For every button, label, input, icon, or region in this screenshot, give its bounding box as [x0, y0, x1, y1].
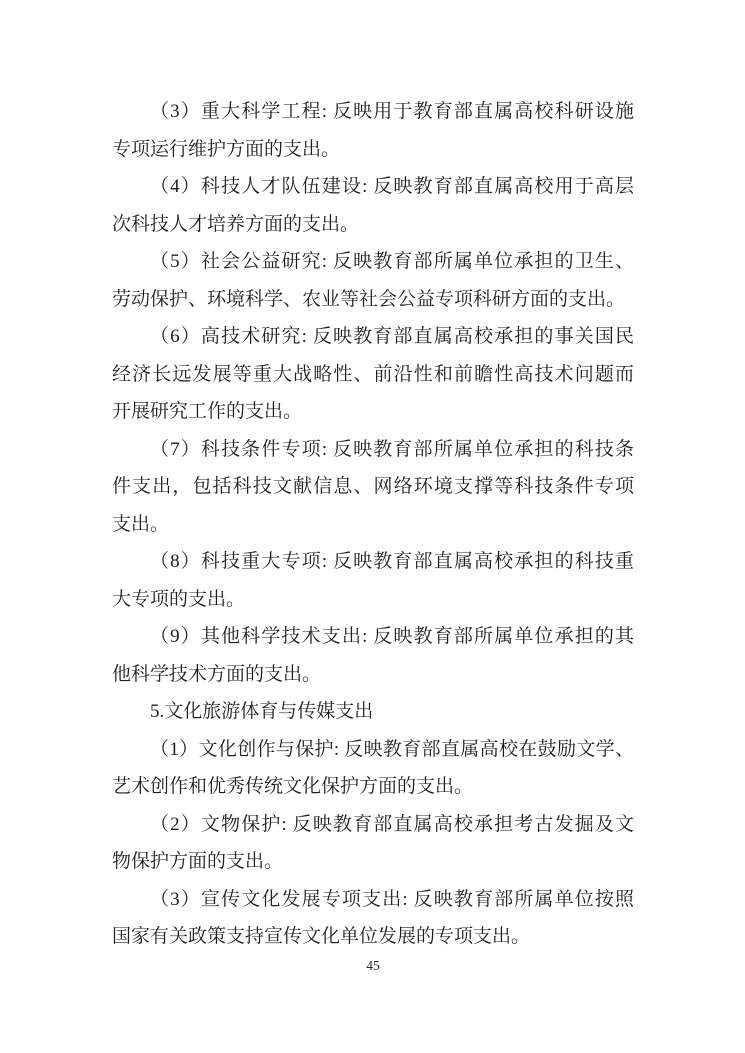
- text-line: 物保护方面的支出。: [112, 843, 634, 881]
- text-line: 劳动保护、环境科学、农业等社会公益专项科研方面的支出。: [112, 281, 634, 319]
- paragraph: （1）文化创作与保护: 反映教育部直属高校在鼓励文学、艺术创作和优秀传统文化保护…: [112, 731, 634, 806]
- text-line: 5.文化旅游体育与传媒支出: [112, 693, 634, 731]
- paragraph: （7）科技条件专项: 反映教育部所属单位承担的科技条件支出，包括科技文献信息、网…: [112, 431, 634, 544]
- text-line: 经济长远发展等重大战略性、前沿性和前瞻性高技术问题而: [112, 356, 634, 394]
- paragraph: （6）高技术研究: 反映教育部直属高校承担的事关国民经济长远发展等重大战略性、前…: [112, 318, 634, 431]
- text-line: （8）科技重大专项: 反映教育部直属高校承担的科技重: [112, 543, 634, 581]
- text-line: （9）其他科学技术支出: 反映教育部所属单位承担的其: [112, 618, 634, 656]
- paragraph: 5.文化旅游体育与传媒支出: [112, 693, 634, 731]
- text-line: 开展研究工作的支出。: [112, 393, 634, 431]
- text-line: （4）科技人才队伍建设: 反映教育部直属高校用于高层: [112, 168, 634, 206]
- text-line: 件支出，包括科技文献信息、网络环境支撑等科技条件专项: [112, 468, 634, 506]
- text-line: 艺术创作和优秀传统文化保护方面的支出。: [112, 768, 634, 806]
- text-line: （1）文化创作与保护: 反映教育部直属高校在鼓励文学、: [112, 731, 634, 769]
- text-line: （2）文物保护: 反映教育部直属高校承担考古发掘及文: [112, 806, 634, 844]
- paragraph: （5）社会公益研究: 反映教育部所属单位承担的卫生、劳动保护、环境科学、农业等社…: [112, 243, 634, 318]
- document-body: （3）重大科学工程: 反映用于教育部直属高校科研设施专项运行维护方面的支出。（4…: [112, 93, 634, 956]
- paragraph: （3）重大科学工程: 反映用于教育部直属高校科研设施专项运行维护方面的支出。: [112, 93, 634, 168]
- text-line: 国家有关政策支持宣传文化单位发展的专项支出。: [112, 918, 634, 956]
- text-line: （5）社会公益研究: 反映教育部所属单位承担的卫生、: [112, 243, 634, 281]
- paragraph: （3）宣传文化发展专项支出: 反映教育部所属单位按照国家有关政策支持宣传文化单位…: [112, 881, 634, 956]
- text-line: 支出。: [112, 506, 634, 544]
- text-line: （7）科技条件专项: 反映教育部所属单位承担的科技条: [112, 431, 634, 469]
- text-line: 次科技人才培养方面的支出。: [112, 206, 634, 244]
- paragraph: （8）科技重大专项: 反映教育部直属高校承担的科技重大专项的支出。: [112, 543, 634, 618]
- paragraph: （4）科技人才队伍建设: 反映教育部直属高校用于高层次科技人才培养方面的支出。: [112, 168, 634, 243]
- text-line: （3）重大科学工程: 反映用于教育部直属高校科研设施: [112, 93, 634, 131]
- text-line: 他科学技术方面的支出。: [112, 656, 634, 694]
- text-line: （3）宣传文化发展专项支出: 反映教育部所属单位按照: [112, 881, 634, 919]
- document-page: （3）重大科学工程: 反映用于教育部直属高校科研设施专项运行维护方面的支出。（4…: [0, 0, 745, 1053]
- paragraph: （9）其他科学技术支出: 反映教育部所属单位承担的其他科学技术方面的支出。: [112, 618, 634, 693]
- text-line: （6）高技术研究: 反映教育部直属高校承担的事关国民: [112, 318, 634, 356]
- page-number: 45: [112, 958, 634, 974]
- text-line: 专项运行维护方面的支出。: [112, 131, 634, 169]
- text-line: 大专项的支出。: [112, 581, 634, 619]
- paragraph: （2）文物保护: 反映教育部直属高校承担考古发掘及文物保护方面的支出。: [112, 806, 634, 881]
